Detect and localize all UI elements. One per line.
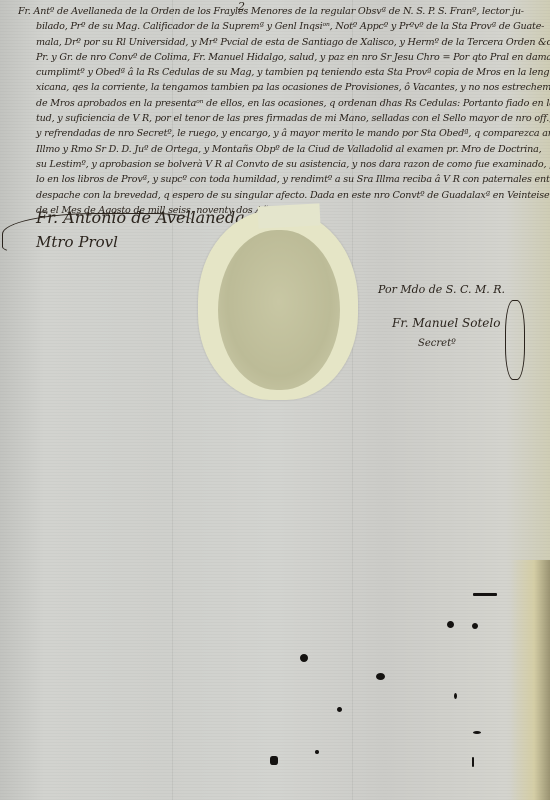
secretary-name: Fr. Manuel Sotelo — [378, 316, 505, 330]
signatory-name: Fr. Antonio de Avellaneda — [8, 208, 245, 227]
manuscript-body: Fr. Antº de Avellaneda de la Orden de lo… — [18, 4, 550, 218]
text-line: mala, Drº por su Rl Universidad, y Mrº P… — [18, 35, 550, 50]
text-line: lo en los libros de Provª, y supcº con t… — [18, 172, 550, 187]
text-line: tud, y suficiencia de V R, por el tenor … — [18, 111, 550, 126]
edge-stain — [510, 560, 550, 800]
text-line: despache con la brevedad, q espero de su… — [18, 188, 550, 203]
secretary-title: Secretº — [378, 338, 505, 349]
ink-blot — [337, 707, 342, 712]
text-line: su Lestimº, y aprobasion se bolverà V R … — [18, 157, 550, 172]
ink-blot — [472, 623, 478, 629]
manuscript-page: 2 Fr. Antº de Avellaneda de la Orden de … — [0, 0, 550, 800]
text-line: Fr. Antº de Avellaneda de la Orden de lo… — [18, 4, 550, 19]
signatory-title: Mtro Provl — [8, 233, 245, 251]
ink-blot — [447, 621, 454, 628]
text-line: Pr. y Gr. de nro Convº de Colima, Fr. Ma… — [18, 50, 550, 65]
text-line: Illmo y Rmo Sr D. D. Juº de Ortega, y Mo… — [18, 142, 550, 157]
ink-blot — [376, 673, 385, 680]
text-line: de Mros aprobados en la presentaᵒⁿ de el… — [18, 96, 550, 111]
seal-paper-tab — [257, 203, 320, 228]
ink-blot — [472, 757, 474, 767]
ink-blot — [315, 750, 319, 754]
ink-blot — [473, 731, 481, 734]
text-line: y refrendadas de nro Secretº, le ruego, … — [18, 126, 550, 141]
ink-blot — [473, 593, 497, 596]
text-line: xicana, qes la corriente, la tengamos ta… — [18, 80, 550, 95]
signature-left: Fr. Antonio de Avellaneda Mtro Provl — [8, 208, 245, 251]
signature-right: Por Mdo de S. C. M. R. Fr. Manuel Sotelo… — [378, 283, 505, 349]
wax-seal — [218, 230, 340, 390]
ink-blot — [454, 693, 457, 699]
text-line: bilado, Prº de su Mag. Calificador de la… — [18, 19, 550, 34]
countersign-line: Por Mdo de S. C. M. R. — [378, 283, 505, 296]
ink-blot — [270, 756, 278, 765]
ink-blot — [300, 654, 308, 662]
text-line: cumplimtº y Obedª â la Rs Cedulas de su … — [18, 65, 550, 80]
rubric-flourish — [505, 300, 525, 380]
